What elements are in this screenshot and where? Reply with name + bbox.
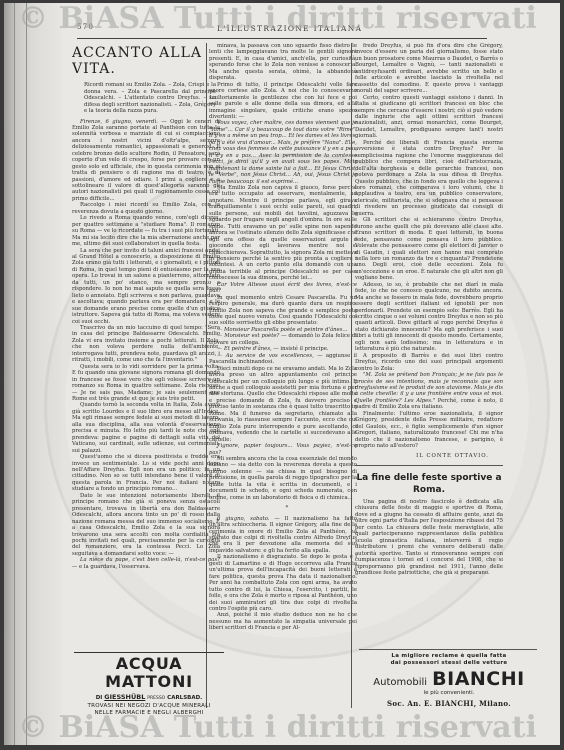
- paragraph-text: Primo di tutto, il principe Odescalchi v…: [209, 82, 357, 120]
- sport-article-body: Una pagina di nostro fascicolo è dedicat…: [355, 499, 503, 576]
- section-divider: [355, 465, 503, 466]
- newspaper-page: 570 L'ILLUSTRAZIONE ITALIANA ACCANTO ALL…: [4, 3, 560, 745]
- paragraph-text: — Oggi le ceneri di Emilio Zola saranno …: [72, 119, 220, 202]
- article-paragraph: Perché dei liberali di Francia questa en…: [355, 140, 503, 217]
- article-paragraph: Finalmente: l'ultimo eroe nazionalista, …: [355, 411, 503, 450]
- article-paragraph: *: [209, 505, 357, 511]
- paragraph-text: La sera che per invito di taluni amici f…: [72, 248, 220, 325]
- article-paragraph: Anzi, poiché il mio studio deduce non ne…: [209, 612, 357, 631]
- article-paragraph: Ma Emilio Zola non capiva il giuoco, for…: [209, 185, 357, 282]
- column-2: minava, la passava con uno sguardo fisso…: [209, 43, 357, 743]
- article-paragraph: Dieci minuti dopo ce ne eravamo andati. …: [209, 366, 357, 443]
- article-paragraph: "M. Zola se prétend bon Français; je ne …: [355, 372, 503, 411]
- article-paragraph: Gli scrittori che si schierarono contro …: [355, 217, 503, 282]
- article-summary: Ricordi romani su Emilio Zola. – Zola, C…: [72, 82, 220, 119]
- paragraph-text: Ma Emilio Zola non capiva il giuoco, for…: [209, 185, 357, 281]
- paragraph-text: — Il nazionalismo ha fatto un'altra schi…: [209, 516, 357, 554]
- article-paragraph: Raccolgo i miei ricordi su Emilio Zola, …: [72, 202, 220, 215]
- article-paragraph: La sera che per invito di taluni amici f…: [72, 248, 220, 325]
- column-3-body: fredo Dreyfus, si può fin d'ora dire che…: [355, 43, 503, 450]
- italic-text: — Au service de vos excellences,: [217, 353, 314, 359]
- paragraph-text: Finalmente: l'ultimo eroe nazionalista, …: [355, 411, 503, 449]
- article-paragraph: Lo rivedo a Roma quando venne, com'egli …: [72, 215, 220, 247]
- article-paragraph: J'ignore, papier toujours... Vous payiez…: [209, 443, 357, 456]
- paragraph-text: Dieci minuti dopo ce ne eravamo andati. …: [209, 366, 357, 443]
- column-divider: [351, 43, 352, 708]
- copyright-watermark: © BiASA Tutti i diritti riservati: [18, 710, 537, 745]
- advertisement-bianchi: La migliore reclame è quella fatta dai p…: [359, 653, 539, 708]
- italic-text: Firenze, 6 giugno, venerdì.: [80, 119, 158, 125]
- italic-text: La nièce du pape, c'est bien celle-là, n…: [80, 557, 220, 563]
- italic-text: Car Votre Altesse aussi écrit des livres…: [209, 282, 357, 294]
- italic-text: — Et peintre d'ânes,: [217, 346, 272, 352]
- ad-brand-row: Automobili BIANCHI: [359, 668, 539, 690]
- header-divider: [77, 38, 487, 39]
- ad-lead-line: La migliore reclame è quella fatta: [359, 653, 539, 660]
- paragraph-text: In quel momento entrò Cesare Pascarella.…: [209, 295, 357, 327]
- paragraph-text: Raccolgo i miei ricordi su Emilio Zola, …: [72, 202, 220, 214]
- article-paragraph: minava, la passava con uno sguardo fisso…: [209, 43, 357, 82]
- paragraph-text: — e la guardava, l'osservava.: [72, 564, 150, 570]
- article-paragraph: Mi sembra ancora che la cosa essenziale …: [209, 456, 357, 501]
- column-2-body: minava, la passava con uno sguardo fisso…: [209, 43, 357, 632]
- article-paragraph: Questa sera io lo vidi sorridere per la …: [72, 364, 220, 403]
- paragraph-text: — insisté il principe.: [272, 346, 329, 352]
- paragraph-text: *: [286, 505, 289, 511]
- paragraph-text: minava, la passava con uno sguardo fisso…: [209, 43, 357, 81]
- paragraph-text: Gli scrittori che si schierarono contro …: [355, 217, 503, 281]
- article-paragraph: Il nazionalismo è disgraziato. Se dopo l…: [209, 554, 357, 612]
- column-1-body: Firenze, 6 giugno, venerdì. — Oggi le ce…: [72, 119, 220, 571]
- ad-lead-line: dai possessori stessi delle vetture: [359, 660, 539, 667]
- article-paragraph: A proposito di Barrès e dei suoi libri c…: [355, 353, 503, 372]
- ad-availability-line: TROVASI NEI NEGOZI D'ACQUE MINERALI: [74, 703, 224, 710]
- article-paragraph: Trascrivo da un mio taccuino di quel tem…: [72, 325, 220, 364]
- article-paragraph: Firenze, 6 giugno, venerdì. — Oggi le ce…: [72, 119, 220, 203]
- ad-brand: BIANCHI: [432, 668, 525, 690]
- article-paragraph: Vous voyez, cher maître, ces dames vienn…: [209, 120, 357, 185]
- article-paragraph: — Au service de vos excellences, — aggiu…: [209, 353, 357, 366]
- ad-company: Soc. An. E. BIANCHI, Milano.: [359, 699, 539, 708]
- article-paragraph: Primo di tutto, il principe Odescalchi v…: [209, 82, 357, 121]
- article-paragraph: In quel momento entrò Cesare Pascarella.…: [209, 295, 357, 327]
- paragraph-text: Mi sembra ancora che la cosa essenziale …: [209, 456, 357, 501]
- paragraph-text: Il nazionalismo è disgraziato. Se dopo l…: [209, 554, 357, 612]
- ad-divider: [74, 652, 224, 653]
- paragraph-text: Perché dei liberali di Francia questa en…: [355, 140, 503, 217]
- paragraph-text: Quest'uomo che si diceva positivista e f…: [72, 454, 220, 492]
- paragraph-text: Trascrivo da un mio taccuino di quel tem…: [72, 325, 220, 363]
- paragraph-text: Certo, contro questi vantaggi esistono i…: [355, 95, 503, 140]
- ad-brand: ACQUA MATTONI: [74, 655, 224, 691]
- ad-tagline: le più convenienti.: [359, 690, 539, 696]
- sport-article-title: La fine delle feste sportive a Roma.: [355, 472, 503, 496]
- ad-origin-line: DI GIESSHÜBL PRESSO CARLSBAD.: [74, 693, 224, 701]
- binding-edge-line: [26, 3, 27, 745]
- advertisement-acqua-mattoni: ACQUA MATTONI DI GIESSHÜBL PRESSO CARLSB…: [74, 655, 224, 713]
- ad-prefix: Automobili: [373, 677, 427, 688]
- article-paragraph: Certo, contro questi vantaggi esistono i…: [355, 95, 503, 140]
- article-paragraph: Quest'uomo che si diceva positivista e f…: [72, 454, 220, 493]
- copyright-watermark: © BiASA Tutti i diritti riservati: [18, 3, 537, 36]
- article-paragraph: — Monsieur est poète? — domandò lo Zola …: [209, 333, 357, 346]
- article-paragraph: Adesso, io so, è probabile che nei diarî…: [355, 282, 503, 353]
- italic-text: 6 giugno, sabato.: [217, 516, 270, 522]
- italic-text: Vous voyez, cher maître, ces dames vienn…: [209, 120, 357, 184]
- paragraph-text: fredo Dreyfus, si può fin d'ora dire che…: [355, 43, 503, 94]
- column-3: fredo Dreyfus, si può fin d'ora dire che…: [355, 43, 503, 613]
- paragraph-text: Dato le sue intenzioni notoriamente libe…: [72, 493, 220, 557]
- paragraph-text: Adesso, io so, è probabile che nei diarî…: [355, 282, 503, 353]
- paragraph-text: Quando tornò la seconda volta in Italia,…: [72, 402, 220, 453]
- article-paragraph: Quando tornò la seconda volta in Italia,…: [72, 402, 220, 454]
- paragraph-text: Anzi, poiché il mio studio deduce non ne…: [209, 612, 357, 631]
- italic-text: — Monsieur est poète?: [217, 333, 279, 339]
- ad-divider: [359, 649, 537, 650]
- article-paragraph: Car Votre Altesse aussi écrit des livres…: [209, 282, 357, 295]
- article-paragraph: fredo Dreyfus, si può fin d'ora dire che…: [355, 43, 503, 95]
- article-headline: ACCANTO ALLA VITA.: [72, 45, 220, 77]
- column-1: ACCANTO ALLA VITA. Ricordi romani su Emi…: [72, 43, 220, 635]
- paragraph-text: Questa sera io lo vidi sorridere per la …: [72, 364, 220, 402]
- paragraph-text: Lo rivedo a Roma quando venne, com'egli …: [72, 215, 220, 247]
- paragraph-text: A proposito di Barrès e dei suoi libri c…: [355, 353, 503, 372]
- article-paragraph: Dato le sue intenzioni notoriamente libe…: [72, 493, 220, 558]
- italic-text: J'ignore, papier toujours... Vous payiez…: [209, 443, 357, 455]
- article-paragraph: 6 giugno, sabato. — Il nazionalismo ha f…: [209, 516, 357, 555]
- article-signature: IL CONTE OTTAVIO.: [355, 453, 503, 459]
- binding-edge-line: [14, 3, 15, 745]
- column-divider: [206, 43, 207, 708]
- article-paragraph: La nièce du pape, c'est bien celle-là, n…: [72, 557, 220, 570]
